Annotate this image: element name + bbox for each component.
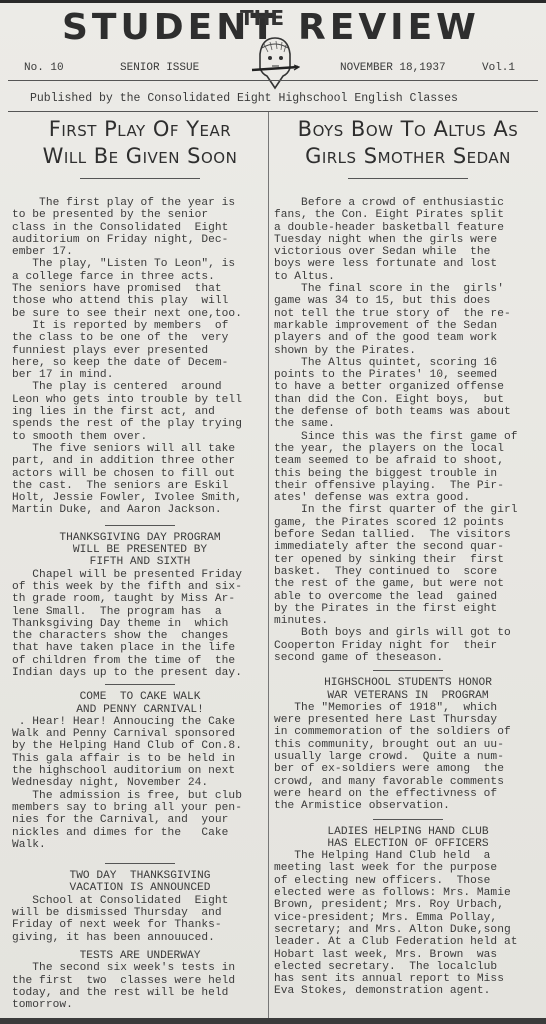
story-body: Chapel will be presented Friday of this … bbox=[12, 569, 268, 680]
paragraph: The play, "Listen To Leon", is a college… bbox=[12, 258, 268, 319]
article-war-veterans: HIGHSCHOOL STUDENTS HONOR WAR VETERANS I… bbox=[274, 677, 542, 812]
issue-date: NOVEMBER 18,1937 bbox=[340, 62, 446, 74]
article-cake-walk: COME TO CAKE WALK AND PENNY CARNIVAL! . … bbox=[12, 691, 268, 851]
section-rule bbox=[105, 525, 175, 526]
article-first-play: First Play Of Year Will Be Given Soon Th… bbox=[12, 116, 268, 517]
issue-info-row: No. 10 SENIOR ISSUE NOVEMBER 18,1937 Vol… bbox=[24, 62, 524, 78]
story-body: The second six week's tests in the first… bbox=[12, 962, 268, 1011]
section-rule bbox=[105, 684, 175, 685]
masthead-title-review: REVIEW bbox=[298, 8, 480, 48]
subhead-cake-walk: COME TO CAKE WALK AND PENNY CARNIVAL! bbox=[12, 691, 268, 716]
article-basketball: Boys Bow To Altus As Girls Smother Sedan… bbox=[274, 116, 542, 664]
volume-number: Vol.1 bbox=[482, 62, 515, 74]
subhead-thanksgiving-vacation: TWO DAY THANKSGIVING VACATION IS ANNOUNC… bbox=[12, 870, 268, 895]
masthead: STUDENT THE REVIEW bbox=[0, 6, 546, 66]
masthead-title-the: THE bbox=[240, 6, 284, 30]
section-rule bbox=[373, 670, 443, 671]
headline-first-play: First Play Of Year Will Be Given Soon bbox=[12, 116, 268, 170]
publisher-line: Published by the Consolidated Eight High… bbox=[30, 92, 530, 105]
paragraph: The first play of the year is to be pres… bbox=[12, 197, 268, 258]
article-thanksgiving-vacation: TWO DAY THANKSGIVING VACATION IS ANNOUNC… bbox=[12, 870, 268, 944]
story-body: The Helping Hand Club held a meeting las… bbox=[274, 850, 542, 998]
right-column: Boys Bow To Altus As Girls Smother Sedan… bbox=[274, 116, 542, 998]
subhead-war-veterans: HIGHSCHOOL STUDENTS HONOR WAR VETERANS I… bbox=[274, 677, 542, 702]
paragraph: The final score in the girls' game was 3… bbox=[274, 283, 542, 357]
paragraph: In the first quarter of the girl game, t… bbox=[274, 504, 542, 627]
subhead-helping-hand-club: LADIES HELPING HAND CLUB HAS ELECTION OF… bbox=[274, 826, 542, 851]
subhead-tests-underway: TESTS ARE UNDERWAY bbox=[12, 950, 268, 962]
paragraph: It is reported by members of the class t… bbox=[12, 320, 268, 381]
newspaper-page: STUDENT THE REVIEW No. 10 SENIOR ISSUE N… bbox=[0, 0, 546, 1024]
paragraph: The Altus quintet, scoring 16 points to … bbox=[274, 357, 542, 431]
column-divider bbox=[268, 112, 269, 1022]
paragraph: The five seniors will all take part, and… bbox=[12, 443, 268, 517]
paragraph: Since this was the first game of the yea… bbox=[274, 431, 542, 505]
subhead-thanksgiving-program: THANKSGIVING DAY PROGRAM WILL BE PRESENT… bbox=[12, 532, 268, 569]
top-edge bbox=[0, 0, 546, 3]
issue-type: SENIOR ISSUE bbox=[120, 62, 199, 74]
headline-rule bbox=[348, 178, 468, 179]
headline-rule bbox=[80, 178, 200, 179]
masthead-rule bbox=[8, 80, 538, 81]
headline-basketball: Boys Bow To Altus As Girls Smother Sedan bbox=[274, 116, 542, 170]
section-rule bbox=[105, 863, 175, 864]
article-helping-hand-club: LADIES HELPING HAND CLUB HAS ELECTION OF… bbox=[274, 826, 542, 998]
paragraph: Both boys and girls will got to Cooperto… bbox=[274, 627, 542, 664]
bottom-edge bbox=[0, 1018, 546, 1024]
article-tests-underway: TESTS ARE UNDERWAY The second six week's… bbox=[12, 950, 268, 1011]
story-body: . Hear! Hear! Annoucing the Cake Walk an… bbox=[12, 716, 268, 851]
article-thanksgiving-program: THANKSGIVING DAY PROGRAM WILL BE PRESENT… bbox=[12, 532, 268, 680]
paragraph: Before a crowd of enthusiastic fans, the… bbox=[274, 197, 542, 283]
issue-number: No. 10 bbox=[24, 62, 64, 74]
paragraph: The play is centered around Leon who get… bbox=[12, 381, 268, 442]
section-rule bbox=[373, 819, 443, 820]
left-column: First Play Of Year Will Be Given Soon Th… bbox=[12, 116, 268, 1011]
publisher-rule bbox=[8, 111, 538, 112]
story-body: The "Memories of 1918", which were prese… bbox=[274, 702, 542, 813]
story-body: School at Consolidated Eight will be dis… bbox=[12, 895, 268, 944]
